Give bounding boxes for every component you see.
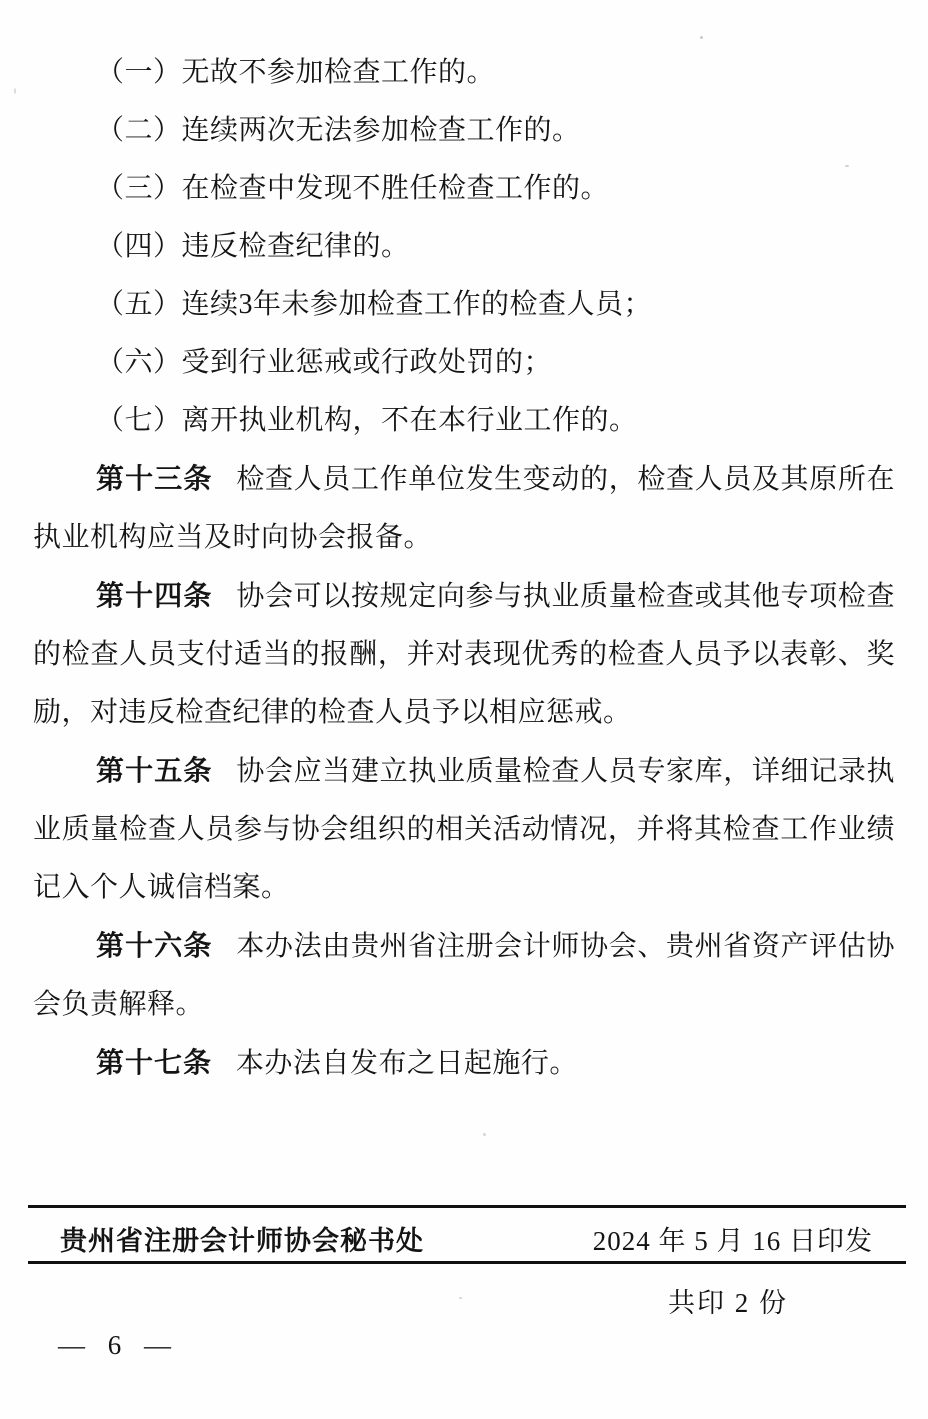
footer-rule-top bbox=[28, 1205, 906, 1208]
scan-speck bbox=[459, 1297, 462, 1299]
article-term: 第十六条 bbox=[96, 930, 213, 961]
scan-speck bbox=[483, 1133, 486, 1136]
article-paragraph: 第十五条协会应当建立执业质量检查人员专家库，详细记录执业质量检查人员参与协会组织… bbox=[33, 742, 895, 917]
clause-item: （七）离开执业机构，不在本行业工作的。 bbox=[33, 392, 895, 450]
footer-print-date: 2024 年 5 月 16 日印发 bbox=[593, 1219, 873, 1258]
clause-item: （五）连续3年未参加检查工作的检查人员； bbox=[33, 276, 895, 334]
footer-rule-bottom bbox=[28, 1261, 906, 1264]
clause-item: （一）无故不参加检查工作的。 bbox=[33, 44, 895, 102]
scan-speck bbox=[845, 165, 849, 167]
document-body: （一）无故不参加检查工作的。 （二）连续两次无法参加检查工作的。 （三）在检查中… bbox=[33, 44, 895, 1093]
article-paragraph: 第十六条本办法由贵州省注册会计师协会、贵州省资产评估协会负责解释。 bbox=[33, 917, 895, 1034]
clause-item: （六）受到行业惩戒或行政处罚的； bbox=[33, 334, 895, 392]
article-term: 第十三条 bbox=[96, 463, 213, 494]
clause-item: （四）违反检查纪律的。 bbox=[33, 218, 895, 276]
document-page: （一）无故不参加检查工作的。 （二）连续两次无法参加检查工作的。 （三）在检查中… bbox=[0, 0, 928, 1419]
article-paragraph: 第十七条本办法自发布之日起施行。 bbox=[33, 1034, 895, 1093]
footer-issuer: 贵州省注册会计师协会秘书处 bbox=[60, 1219, 424, 1258]
scan-speck bbox=[700, 36, 703, 39]
article-paragraph: 第十四条协会可以按规定向参与执业质量检查或其他专项检查的检查人员支付适当的报酬，… bbox=[33, 567, 895, 742]
article-term: 第十五条 bbox=[96, 755, 213, 786]
footer-copies-count: 共印 2 份 bbox=[668, 1281, 788, 1320]
article-term: 第十七条 bbox=[96, 1047, 212, 1078]
clause-item: （二）连续两次无法参加检查工作的。 bbox=[33, 102, 895, 160]
clause-item: （三）在检查中发现不胜任检查工作的。 bbox=[33, 160, 895, 218]
page-number: — 6 — bbox=[58, 1330, 179, 1361]
scan-speck bbox=[14, 88, 16, 94]
footer-imprint-row: 贵州省注册会计师协会秘书处 2024 年 5 月 16 日印发 bbox=[60, 1216, 873, 1260]
article-term: 第十四条 bbox=[96, 580, 213, 611]
article-paragraph: 第十三条检查人员工作单位发生变动的，检查人员及其原所在执业机构应当及时向协会报备… bbox=[33, 450, 895, 567]
article-body: 本办法自发布之日起施行。 bbox=[236, 1048, 578, 1079]
